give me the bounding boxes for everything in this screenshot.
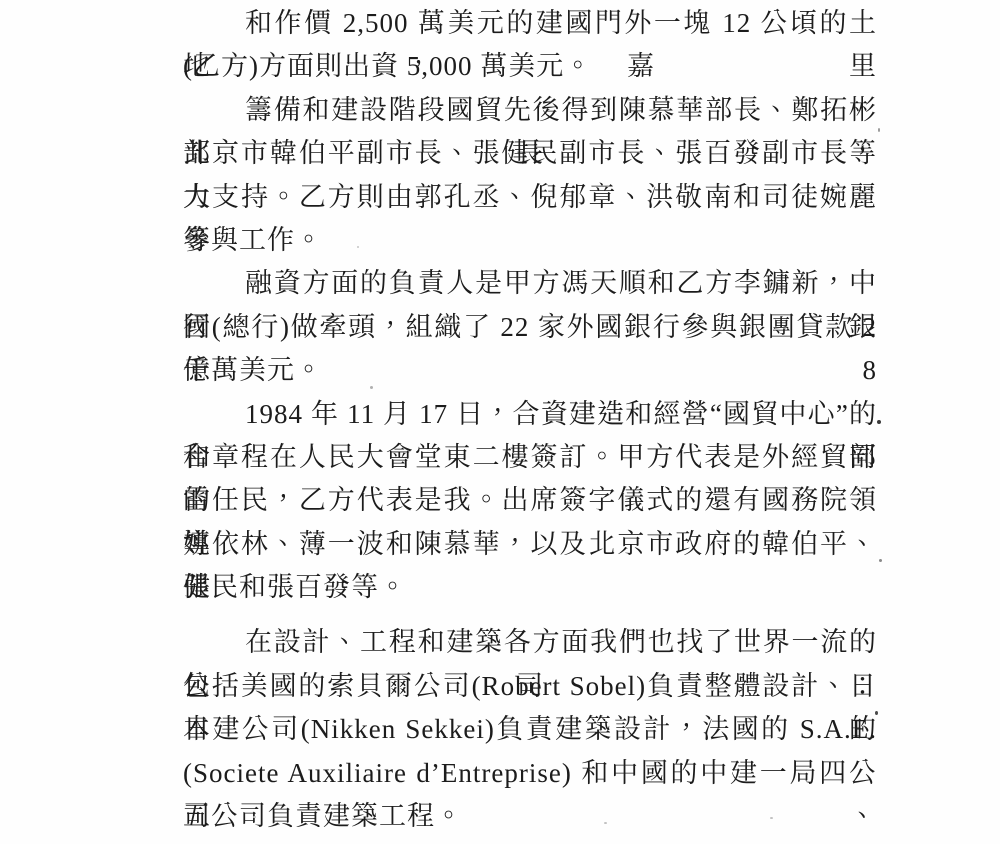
paragraph-3: 融資方面的負責人是甲方馮天順和乙方李鏞新，中國銀 行(總行)做牽頭，組織了 22…: [183, 262, 877, 392]
text-line: 北京市韓伯平副市長、張健民副市長、張百發副市長等大: [183, 132, 877, 175]
scan-speck: [770, 817, 773, 819]
paragraph-2: 籌備和建設階段國貿先後得到陳慕華部長、鄭拓彬部長， 北京市韓伯平副市長、張健民副…: [183, 89, 877, 263]
scan-speck: [604, 822, 607, 824]
text-line: 和章程在人民大會堂東二樓簽訂。甲方代表是外經貿部的: [183, 436, 877, 479]
scan-speck: [253, 816, 256, 818]
text-line: 籌備和建設階段國貿先後得到陳慕華部長、鄭拓彬部長，: [183, 89, 877, 132]
text-line: 1984 年 11 月 17 日，合資建造和經營“國貿中心”的合同: [183, 393, 877, 436]
scan-speck: [877, 420, 881, 424]
scan-speck: [879, 559, 882, 562]
scan-speck: [460, 103, 462, 105]
text-block: 和作價 2,500 萬美元的建國門外一塊 12 公頃的土地，嘉里 (乙方)方面則…: [183, 2, 877, 838]
text-line: 行(總行)做牽頭，組織了 22 家外國銀行參與銀團貸款 2 億 8: [183, 306, 877, 349]
paragraph-4: 1984 年 11 月 17 日，合資建造和經營“國貿中心”的合同 和章程在人民…: [183, 393, 877, 610]
scanned-page: 和作價 2,500 萬美元的建國門外一塊 12 公頃的土地，嘉里 (乙方)方面則…: [0, 0, 1000, 844]
paragraph-1: 和作價 2,500 萬美元的建國門外一塊 12 公頃的土地，嘉里 (乙方)方面則…: [183, 2, 877, 89]
text-line: 雷任民，乙方代表是我。出席簽字儀式的還有國務院領導: [183, 479, 877, 522]
text-line: 融資方面的負責人是甲方馮天順和乙方李鏞新，中國銀: [183, 262, 877, 305]
scan-speck: [875, 711, 878, 715]
text-line: (Societe Auxiliaire d’Entreprise) 和中國的中建…: [183, 752, 877, 795]
scan-speck: [357, 246, 359, 248]
scan-speck: [370, 386, 373, 389]
text-line: 參與工作。: [183, 219, 877, 262]
text-line: 姚依林、薄一波和陳慕華，以及北京市政府的韓伯平、張: [183, 523, 877, 566]
text-line: 力支持。乙方則由郭孔丞、倪郁章、洪敬南和司徒婉麗等: [183, 176, 877, 219]
text-line: 健民和張百發等。: [183, 566, 877, 609]
text-line: 包括美國的索貝爾公司(Robert Sobel)負責整體設計、日本的: [183, 665, 877, 708]
scan-speck: [878, 128, 880, 132]
text-line: 日建公司(Nikken Sekkei)負責建築設計，法國的 S.A.E.: [183, 708, 877, 751]
text-line: 在設計、工程和建築各方面我們也找了世界一流的公司：: [183, 621, 877, 664]
text-line: 和作價 2,500 萬美元的建國門外一塊 12 公頃的土地，嘉里: [183, 2, 877, 45]
paragraph-5: 在設計、工程和建築各方面我們也找了世界一流的公司： 包括美國的索貝爾公司(Rob…: [183, 621, 877, 838]
